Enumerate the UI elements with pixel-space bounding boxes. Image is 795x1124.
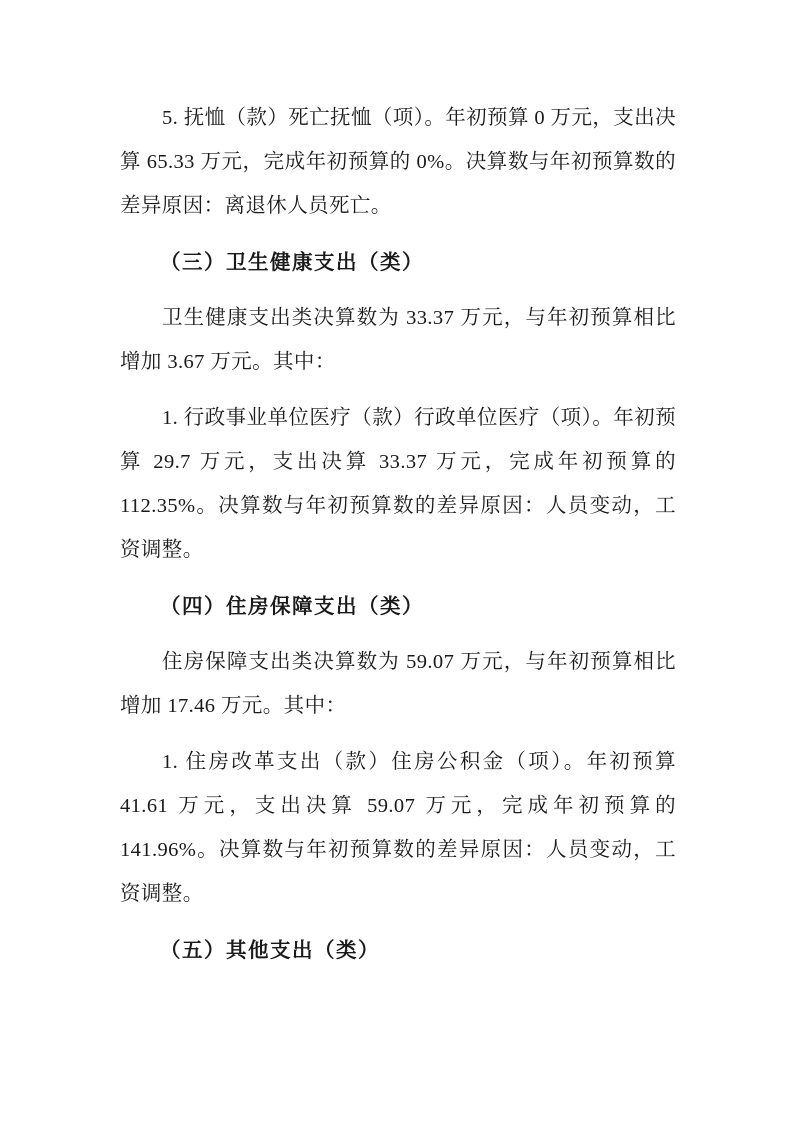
paragraph-health-summary: 卫生健康支出类决算数为 33.37 万元，与年初预算相比增加 3.67 万元。其…	[120, 296, 676, 384]
paragraph-death-pension: 5. 抚恤（款）死亡抚恤（项）。年初预算 0 万元，支出决算 65.33 万元，…	[120, 96, 676, 228]
paragraph-housing-fund: 1. 住房改革支出（款）住房公积金（项）。年初预算 41.61 万元，支出决算 …	[120, 740, 676, 916]
paragraph-health-medical: 1. 行政事业单位医疗（款）行政单位医疗（项）。年初预算 29.7 万元，支出决…	[120, 396, 676, 572]
paragraph-housing-summary: 住房保障支出类决算数为 59.07 万元，与年初预算相比增加 17.46 万元。…	[120, 640, 676, 728]
section-heading-housing: （四）住房保障支出（类）	[120, 584, 676, 628]
document-page: 5. 抚恤（款）死亡抚恤（项）。年初预算 0 万元，支出决算 65.33 万元，…	[120, 96, 676, 984]
section-heading-other: （五）其他支出（类）	[120, 928, 676, 972]
section-heading-health: （三）卫生健康支出（类）	[120, 240, 676, 284]
